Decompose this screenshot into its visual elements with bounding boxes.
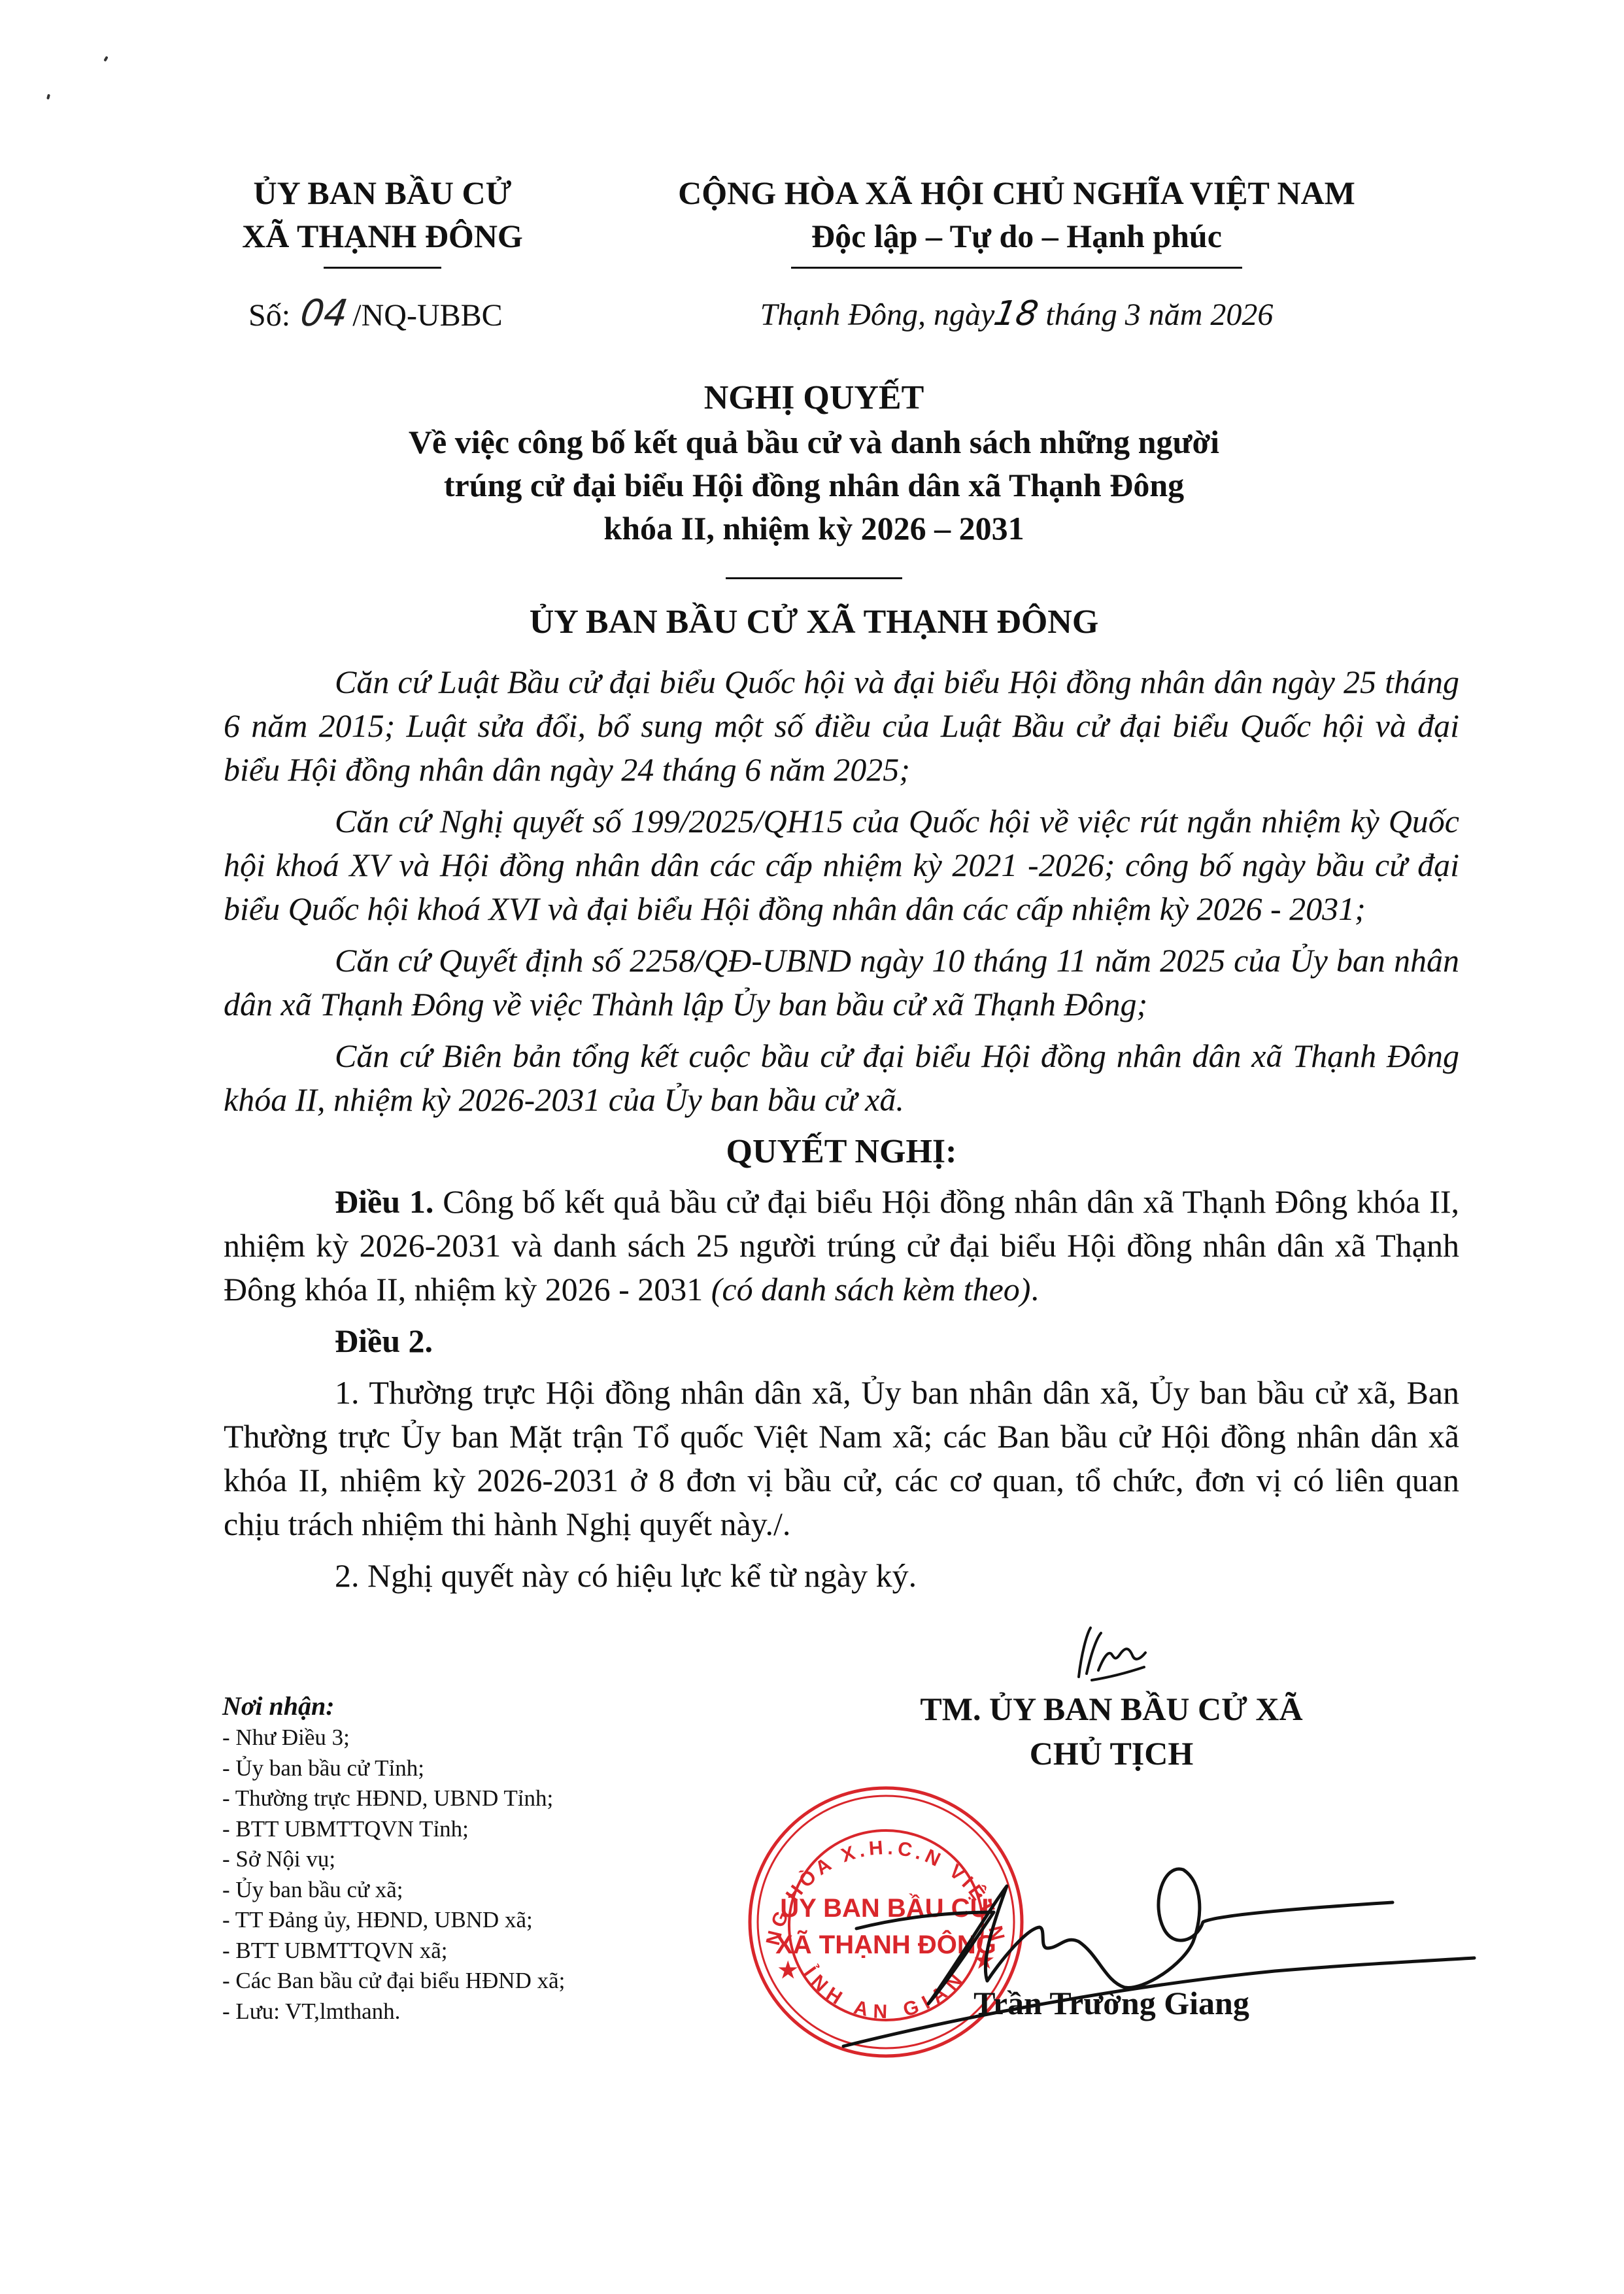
recipient-item: - Ủy ban bầu cử Tỉnh; bbox=[222, 1753, 732, 1784]
recipient-item: - BTT UBMTTQVN Tỉnh; bbox=[222, 1814, 732, 1845]
article-1-note: (có danh sách kèm theo) bbox=[711, 1271, 1031, 1307]
divider bbox=[791, 267, 1242, 269]
recipients-list: Nơi nhận: - Như Điều 3; - Ủy ban bầu cử … bbox=[222, 1690, 732, 2027]
article-2-label: Điều 2. bbox=[224, 1319, 1459, 1363]
date-prefix: Thạnh Đông, ngày bbox=[760, 297, 995, 332]
signatory-position: CHỦ TỊCH bbox=[817, 1731, 1406, 1776]
title-sub-2: trúng cử đại biểu Hội đồng nhân dân xã T… bbox=[216, 464, 1412, 507]
initials-mark bbox=[1072, 1615, 1151, 1687]
recipient-item: - Như Điều 3; bbox=[222, 1723, 732, 1753]
signature-block: TM. ỦY BAN BẦU CỬ XÃ CHỦ TỊCH bbox=[817, 1687, 1406, 1776]
doc-number-prefix: Số: bbox=[248, 298, 290, 333]
authority-line-1: ỦY BAN BẦU CỬ bbox=[216, 171, 549, 214]
divider bbox=[726, 577, 902, 579]
legal-basis: Căn cứ Nghị quyết số 199/2025/QH15 của Q… bbox=[224, 800, 1459, 931]
recipient-item: - Ủy ban bầu cử xã; bbox=[222, 1875, 732, 1906]
date-day-handwritten: 18 bbox=[991, 294, 1041, 333]
recipients-title: Nơi nhận: bbox=[222, 1690, 732, 1723]
legal-basis: Căn cứ Quyết định số 2258/QĐ-UBND ngày 1… bbox=[224, 939, 1459, 1026]
issuer-heading: ỦY BAN BẦU CỬ XÃ THẠNH ĐÔNG bbox=[216, 600, 1412, 645]
signatory-name: Trần Trường Giang bbox=[817, 1981, 1406, 2025]
national-motto: CỘNG HÒA XÃ HỘI CHỦ NGHĨA VIỆT NAM Độc l… bbox=[628, 171, 1406, 269]
title-sub-3: khóa II, nhiệm kỳ 2026 – 2031 bbox=[216, 507, 1412, 550]
legal-basis: Căn cứ Luật Bầu cử đại biểu Quốc hội và … bbox=[224, 660, 1459, 792]
issuing-authority: ỦY BAN BẦU CỬ XÃ THẠNH ĐÔNG bbox=[216, 171, 549, 269]
recipient-item: - Lưu: VT,lmthanh. bbox=[222, 1997, 732, 2027]
document-body: Căn cứ Luật Bầu cử đại biểu Quốc hội và … bbox=[224, 660, 1459, 1606]
authority-line-2: XÃ THẠNH ĐÔNG bbox=[216, 214, 549, 258]
document-page: ỦY BAN BẦU CỬ XÃ THẠNH ĐÔNG CỘNG HÒA XÃ … bbox=[0, 0, 1624, 2294]
legal-basis: Căn cứ Biên bản tổng kết cuộc bầu cử đại… bbox=[224, 1034, 1459, 1122]
article-1-end: . bbox=[1030, 1271, 1039, 1307]
document-title: NGHỊ QUYẾT Về việc công bố kết quả bầu c… bbox=[216, 376, 1412, 579]
country-name: CỘNG HÒA XÃ HỘI CHỦ NGHĨA VIỆT NAM bbox=[628, 171, 1406, 214]
signatory-title: TM. ỦY BAN BẦU CỬ XÃ bbox=[817, 1687, 1406, 1731]
divider bbox=[324, 267, 441, 269]
recipient-item: - Sở Nội vụ; bbox=[222, 1844, 732, 1875]
article-1-label: Điều 1. bbox=[335, 1183, 433, 1220]
doc-number-handwritten: 04 bbox=[298, 294, 350, 333]
scan-artifact bbox=[46, 94, 50, 100]
recipient-item: - Thường trực HĐND, UBND Tỉnh; bbox=[222, 1783, 732, 1814]
document-number: Số: 04/NQ-UBBC bbox=[248, 294, 503, 335]
document-date: Thạnh Đông, ngày18 tháng 3 năm 2026 bbox=[628, 294, 1406, 335]
article-2-clause-2: 2. Nghị quyết này có hiệu lực kể từ ngày… bbox=[224, 1554, 1459, 1598]
motto: Độc lập – Tự do – Hạnh phúc bbox=[628, 214, 1406, 258]
svg-text:★: ★ bbox=[778, 1958, 798, 1983]
title-sub-1: Về việc công bố kết quả bầu cử và danh s… bbox=[216, 420, 1412, 464]
recipient-item: - TT Đảng ủy, HĐND, UBND xã; bbox=[222, 1905, 732, 1936]
scan-artifact bbox=[103, 56, 108, 62]
doc-number-suffix: /NQ-UBBC bbox=[352, 298, 502, 333]
date-suffix: tháng 3 năm 2026 bbox=[1045, 297, 1273, 332]
title-main: NGHỊ QUYẾT bbox=[216, 376, 1412, 420]
recipient-item: - BTT UBMTTQVN xã; bbox=[222, 1936, 732, 1966]
handwritten-signature bbox=[817, 1850, 1478, 2059]
recipient-item: - Các Ban bầu cử đại biểu HĐND xã; bbox=[222, 1966, 732, 1997]
article-1: Điều 1. Công bố kết quả bầu cử đại biểu … bbox=[224, 1180, 1459, 1311]
article-2-clause-1: 1. Thường trực Hội đồng nhân dân xã, Ủy … bbox=[224, 1371, 1459, 1546]
resolution-heading: QUYẾT NGHỊ: bbox=[224, 1130, 1459, 1173]
